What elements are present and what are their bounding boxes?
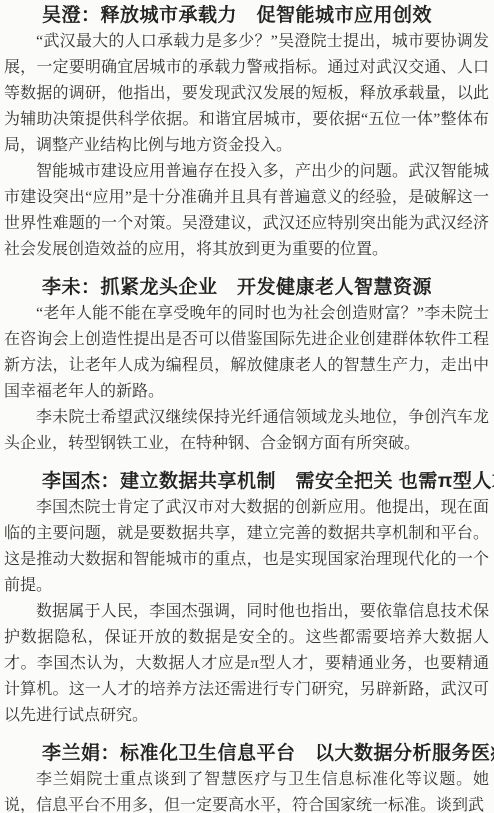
section-li-wei: 李未：抓紧龙头企业 开发健康老人智慧资源 “老年人能不能在享受晚年的同时也为社会… [4,275,489,457]
document-page: 吴澄：释放城市承载力 促智能城市应用创效 “武汉最大的人口承载力是多少？”吴澄院… [0,0,494,813]
paragraph: 李未院士希望武汉继续保持光纤通信领域龙头地位，争创汽车龙头企业，转型钢铁工业，在… [4,405,489,457]
heading-wu-cheng: 吴澄：释放城市承载力 促智能城市应用创效 [4,3,489,29]
section-wu-cheng: 吴澄：释放城市承载力 促智能城市应用创效 “武汉最大的人口承载力是多少？”吴澄院… [4,3,489,263]
paragraph: “老年人能不能在享受晚年的同时也为社会创造财富？”李未院士在咨询会上创造性提出是… [4,301,489,405]
paragraph: 李国杰院士肯定了武汉市对大数据的创新应用。他提出，现在面临的主要问题，就是要数据… [4,495,489,599]
section-li-lanjuan: 李兰娟：标准化卫生信息平台 以大数据分析服务医疗决策 李兰娟院士重点谈到了智慧医… [4,741,489,813]
heading-li-wei: 李未：抓紧龙头企业 开发健康老人智慧资源 [4,275,489,301]
heading-li-guojie: 李国杰：建立数据共享机制 需安全把关 也需π型人才 [4,469,489,495]
paragraph: “武汉最大的人口承载力是多少？”吴澄院士提出，城市要协调发展，一定要明确宜居城市… [4,29,489,159]
paragraph: 李兰娟院士重点谈到了智慧医疗与卫生信息标准化等议题。她说，信息平台不用多，但一定… [4,767,489,813]
paragraph: 智能城市建设应用普遍存在投入多，产出少的问题。武汉智能城市建设突出“应用”是十分… [4,159,489,263]
heading-li-lanjuan: 李兰娟：标准化卫生信息平台 以大数据分析服务医疗决策 [4,741,489,767]
paragraph: 数据属于人民，李国杰强调，同时他也指出，要依靠信息技术保护数据隐私，保证开放的数… [4,599,489,729]
section-li-guojie: 李国杰：建立数据共享机制 需安全把关 也需π型人才 李国杰院士肯定了武汉市对大数… [4,469,489,729]
